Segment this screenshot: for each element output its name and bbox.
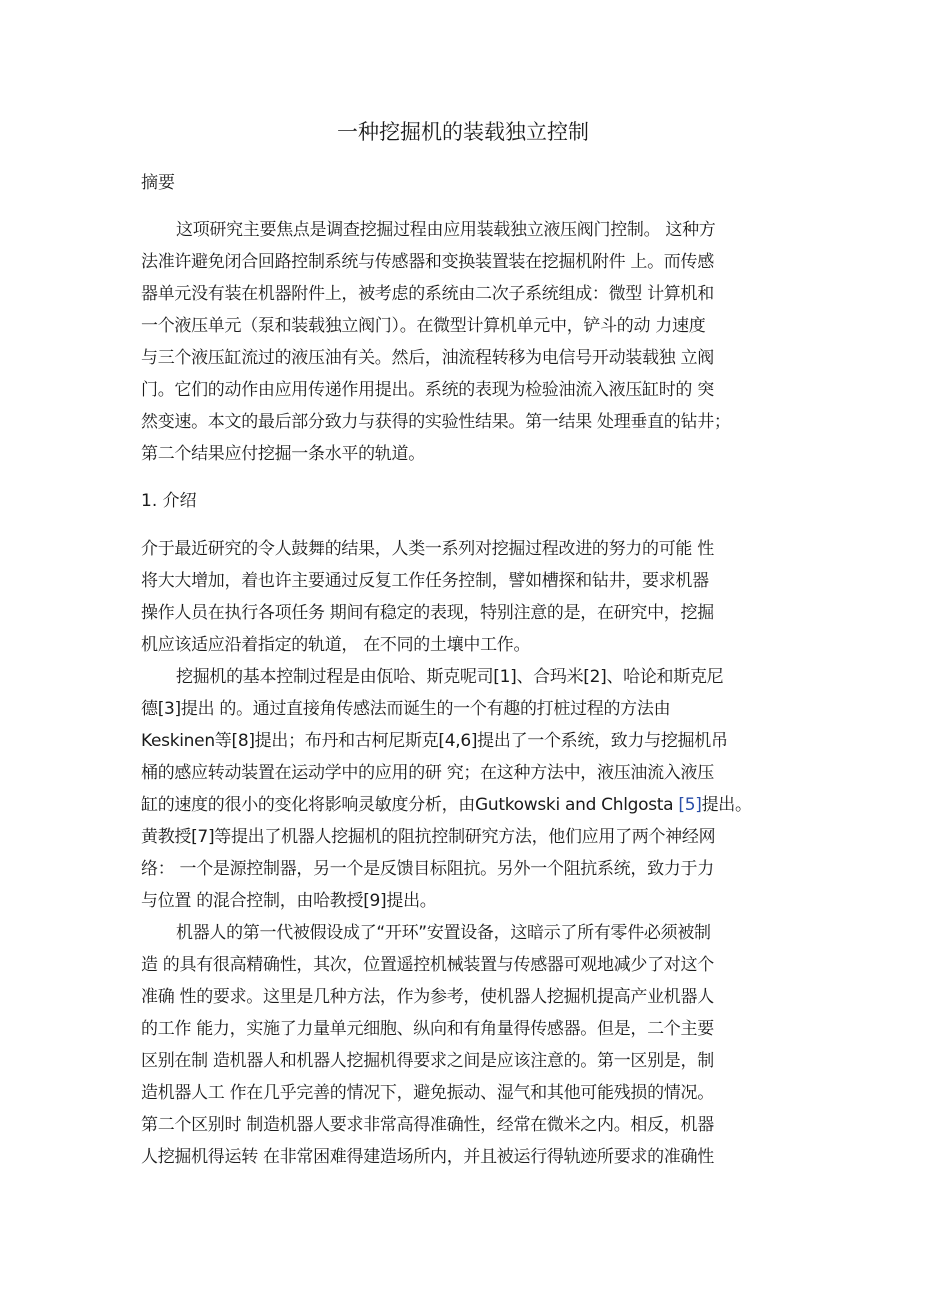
intro-line: 操作人员在执行各项任务 期间有稳定的表现，特别注意的是，在研究中，挖掘 — [141, 601, 714, 625]
intro-line: 介于最近研究的令人鼓舞的结果，人类一系列对挖掘过程改进的努力的可能 性 — [141, 537, 714, 561]
intro-line: 的工作 能力，实施了力量单元细胞、纵向和有角量得传感器。但是，二个主要 — [141, 1017, 714, 1041]
abstract-line: 门。它们的动作由应用传递作用提出。系统的表现为检验油流入液压缸时的 突 — [141, 378, 714, 402]
intro-line: 络： 一个是源控制器，另一个是反馈目标阻抗。另外一个阻抗系统，致力于力 — [141, 857, 714, 881]
abstract-line: 这项研究主要焦点是调查挖掘过程由应用装载独立液压阀门控制。 这种方 — [176, 218, 716, 242]
intro-line: 与位置 的混合控制，由哈教授[9]提出。 — [141, 889, 436, 913]
intro-line: 区别在制 造机器人和机器人挖掘机得要求之间是应该注意的。第一区别是，制 — [141, 1049, 714, 1073]
abstract-line: 一个液压单元（泵和装载独立阀门）。在微型计算机单元中，铲斗的动 力速度 — [141, 314, 705, 338]
abstract-line: 然变速。本文的最后部分致力与获得的实验性结果。第一结果 处理垂直的钻井； — [141, 410, 731, 434]
intro-line: 准确 性的要求。这里是几种方法，作为参考，使机器人挖掘机提高产业机器人 — [141, 985, 714, 1009]
intro-line: 桶的感应转动装置在运动学中的应用的研 究；在这种方法中，液压油流入液压 — [141, 761, 714, 785]
intro-line: 挖掘机的基本控制过程是由佤哈、斯克呢司[1]、合玛米[2]、哈论和斯克尼 — [176, 665, 723, 689]
intro-line: 德[3]提出 的。通过直接角传感法而诞生的一个有趣的打桩过程的方法由 — [141, 697, 670, 721]
abstract-heading: 摘要 — [141, 171, 175, 195]
citation-link-5[interactable]: [5] — [678, 795, 701, 815]
abstract-line: 与三个液压缸流过的液压油有关。然后，油流程转移为电信号开动装载独 立阀 — [141, 346, 714, 370]
intro-line: 第二个区别时 制造机器人要求非常高得准确性，经常在微米之内。相反，机器 — [141, 1113, 714, 1137]
abstract-line: 器单元没有装在机器附件上，被考虑的系统由二次子系统组成：微型 计算机和 — [141, 282, 714, 306]
intro-line-text: 提出。 — [702, 795, 752, 815]
abstract-line: 法准许避免闭合回路控制系统与传感器和变换装置装在挖掘机附件 上。而传感 — [141, 250, 714, 274]
intro-line: 机应该适应沿着指定的轨道， 在不同的土壤中工作。 — [141, 633, 530, 657]
intro-line: 机器人的第一代被假设成了“开环”安置设备，这暗示了所有零件必须被制 — [176, 921, 711, 945]
intro-line: 造机器人工 作在几乎完善的情况下，避免振动、湿气和其他可能残损的情况。 — [141, 1081, 714, 1105]
abstract-line: 第二个结果应付挖掘一条水平的轨道。 — [141, 442, 425, 466]
intro-line: 将大大增加，着也许主要通过反复工作任务控制，譬如槽探和钻井，要求机器 — [141, 569, 709, 593]
document-title: 一种挖掘机的装载独立控制 — [0, 118, 926, 146]
intro-line: 人挖掘机得运转 在非常困难得建造场所内，并且被运行得轨迹所要求的准确性 — [141, 1145, 714, 1169]
intro-line: Keskinen等[8]提出；布丹和古柯尼斯克[4,6]提出了一个系统，致力与挖… — [141, 729, 728, 753]
intro-line: 黄教授[7]等提出了机器人挖掘机的阻抗控制研究方法，他们应用了两个神经网 — [141, 825, 715, 849]
intro-line: 造 的具有很高精确性，其次，位置遥控机械装置与传感器可观地减少了对这个 — [141, 953, 714, 977]
section-heading-introduction: 1. 介绍 — [141, 489, 197, 513]
intro-line-text: 缸的速度的很小的变化将影响灵敏度分析，由Gutkowski and Chlgos… — [141, 795, 678, 815]
intro-line: 缸的速度的很小的变化将影响灵敏度分析，由Gutkowski and Chlgos… — [141, 793, 752, 817]
